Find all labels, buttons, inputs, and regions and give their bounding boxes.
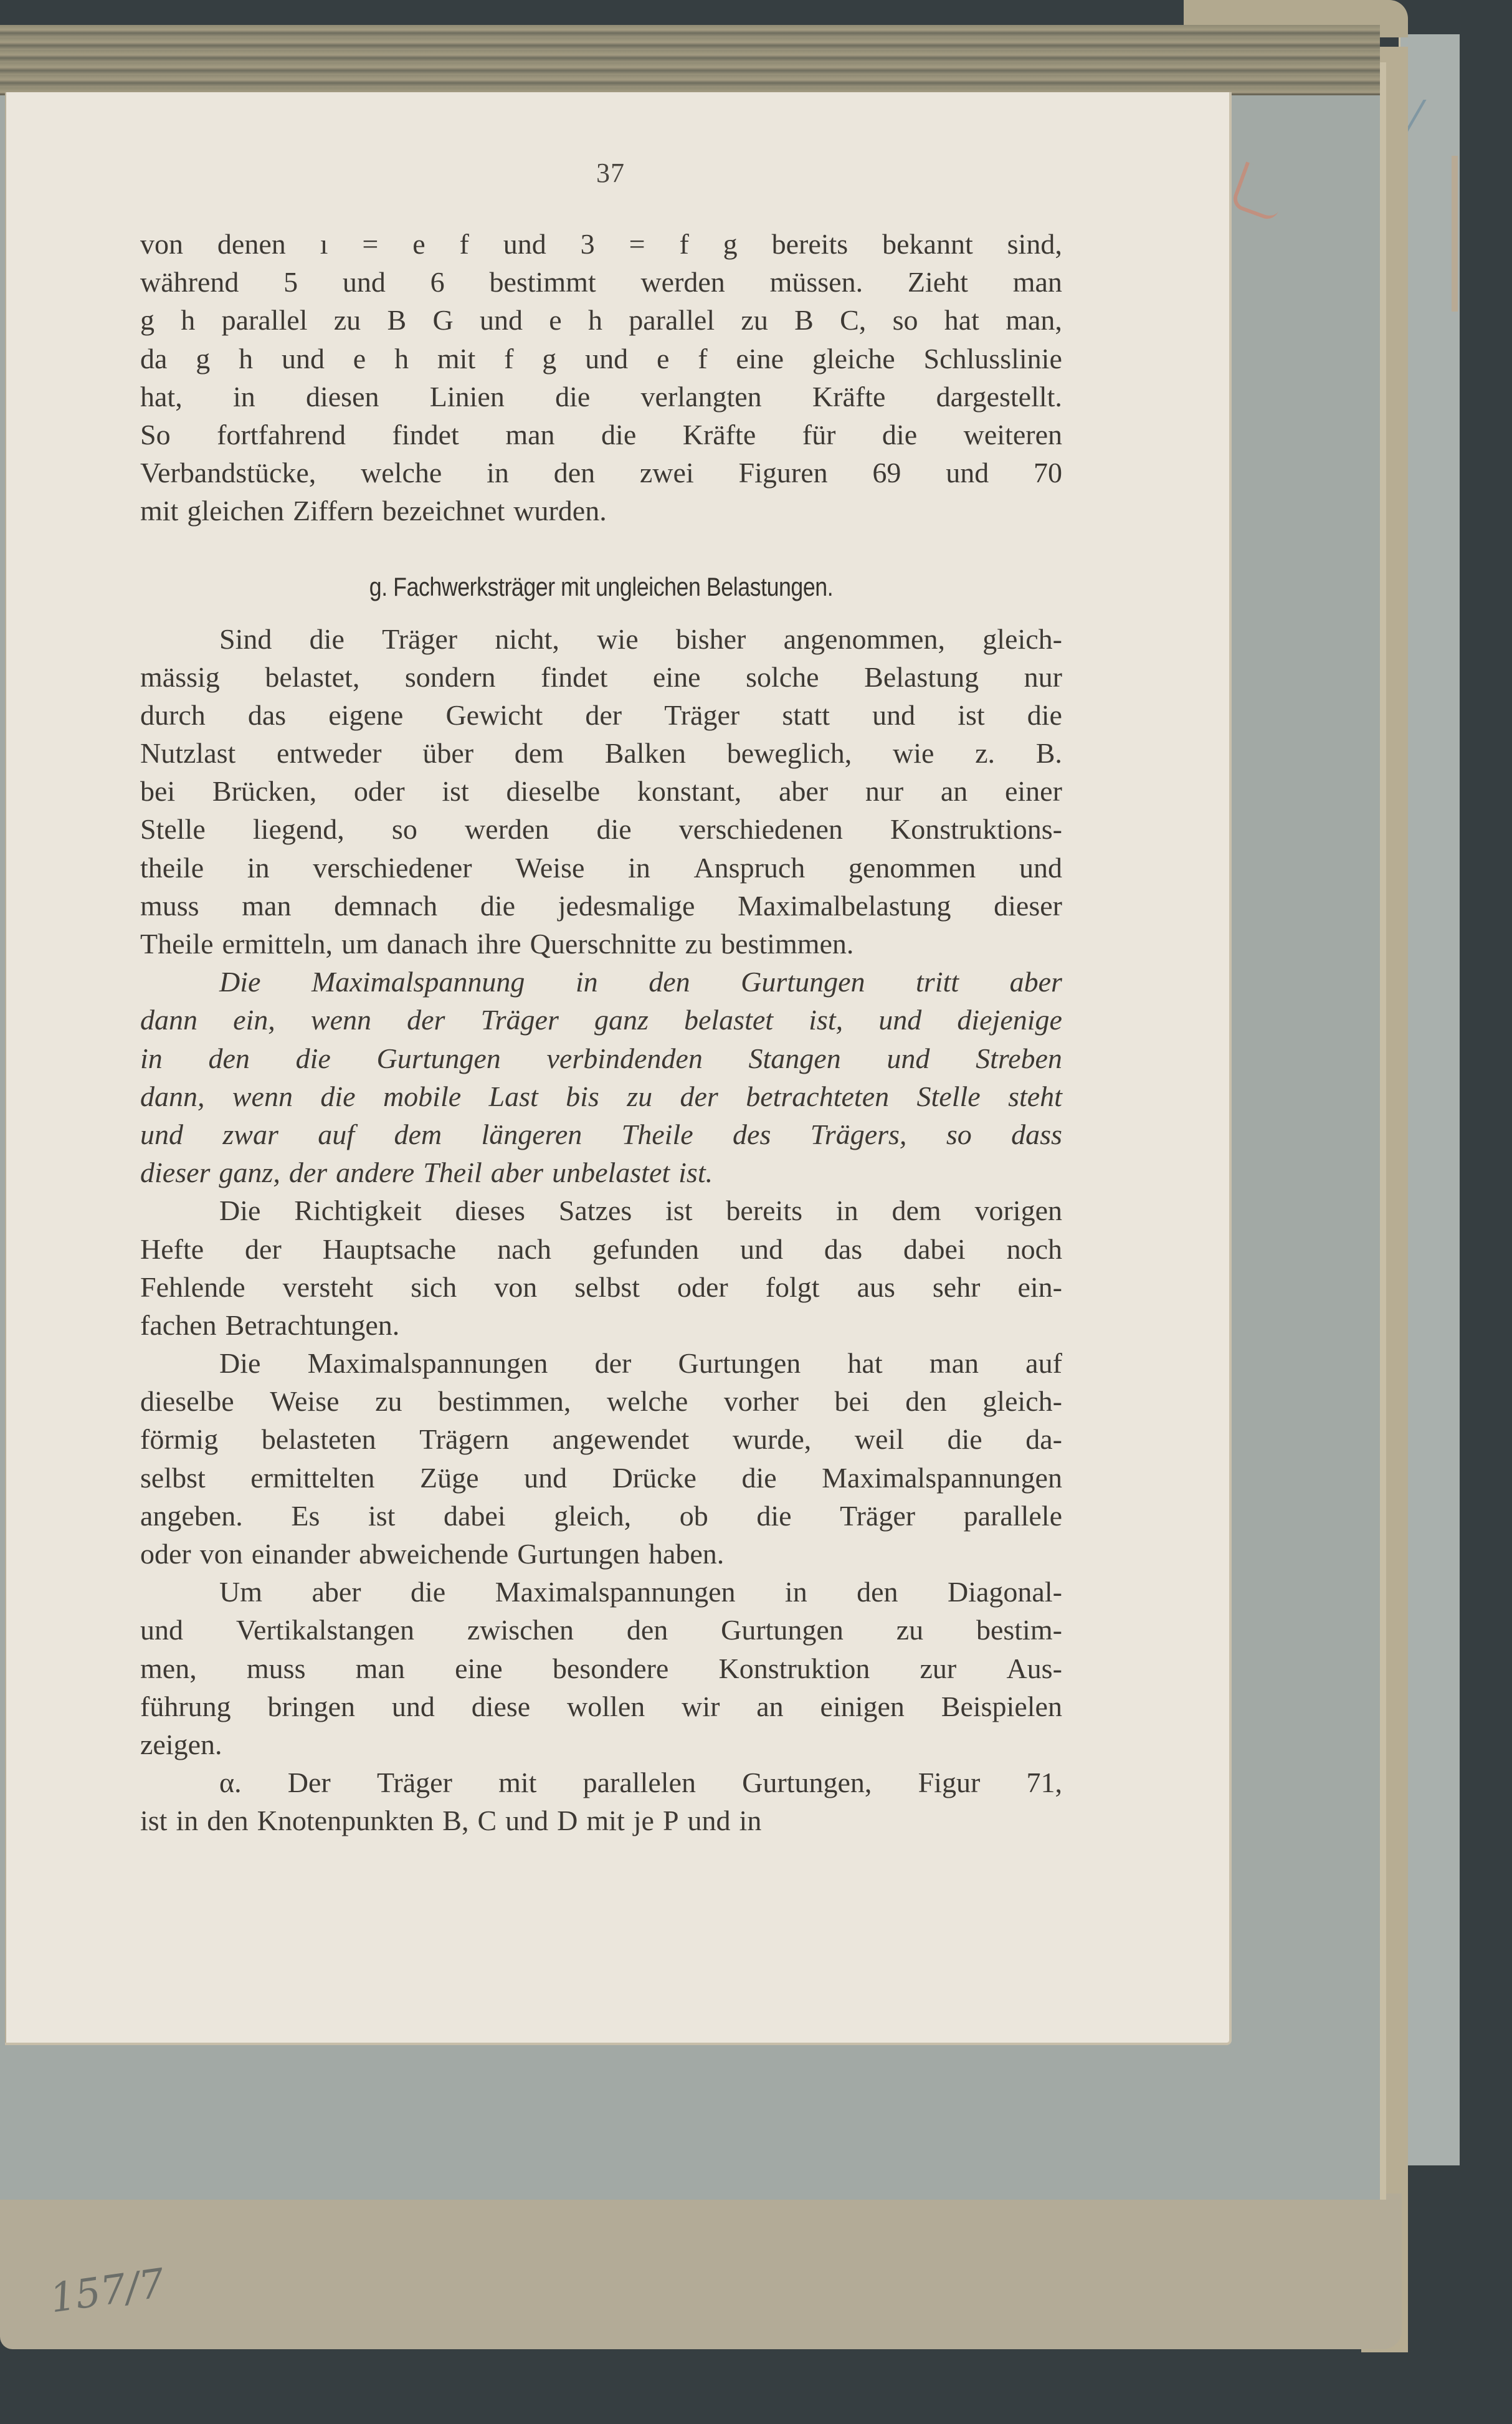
text-line: mussmandemnachdiejedesmaligeMaximalbelas… (140, 887, 1062, 925)
text-line: hat,indiesenLiniendieverlangtenKräftedar… (140, 378, 1062, 416)
text-line: theileinverschiedenerWeiseinAnspruchgeno… (140, 849, 1062, 887)
stacked-page-edges (0, 25, 1380, 95)
text-line: fachenBetrachtungen. (140, 1306, 1062, 1344)
text-line: α.DerTrägermitparallelenGurtungen,Figur7… (140, 1763, 1062, 1801)
text-column: 37 vondenenı=efund3=fgbereitsbekanntsind… (140, 157, 1062, 1840)
text-line: DieMaximalspannungindenGurtungentrittabe… (140, 963, 1062, 1001)
text-line: vondenenı=efund3=fgbereitsbekanntsind, (140, 225, 1062, 263)
text-line: undzwaraufdemlängerenTheiledesTrägers,so… (140, 1115, 1062, 1153)
text-line: beiBrücken,oderistdieselbekonstant,abern… (140, 772, 1062, 810)
paragraph: α.DerTrägermitparallelenGurtungen,Figur7… (140, 1763, 1062, 1839)
text-line: daghundehmitfgundefeinegleicheSchlusslin… (140, 340, 1062, 378)
text-line: undVertikalstangenzwischendenGurtungenzu… (140, 1611, 1062, 1649)
text-line: UmaberdieMaximalspannungenindenDiagonal- (140, 1573, 1062, 1611)
paragraph: DieRichtigkeitdiesesSatzesistbereitsinde… (140, 1191, 1062, 1344)
paragraph: UmaberdieMaximalspannungenindenDiagonal-… (140, 1573, 1062, 1763)
text-line: DieMaximalspannungenderGurtungenhatmanau… (140, 1344, 1062, 1382)
page-number: 37 (140, 157, 1062, 189)
text-line: indendieGurtungenverbindendenStangenundS… (140, 1039, 1062, 1077)
text-line: istindenKnotenpunktenB,CundDmitjePundin (140, 1801, 1062, 1839)
text-line: mässigbelastet,sondernfindeteinesolcheBe… (140, 658, 1062, 696)
text-line: NutzlastentwederüberdemBalkenbeweglich,w… (140, 734, 1062, 772)
text-line: führungbringenunddiesewollenwiraneinigen… (140, 1687, 1062, 1725)
text-line: durchdaseigeneGewichtderTrägerstattundis… (140, 696, 1062, 734)
text-line: Theileermitteln,umdanachihreQuerschnitte… (140, 925, 1062, 963)
text-line: förmigbelastetenTrägernangewendetwurde,w… (140, 1420, 1062, 1458)
section-heading: g. Fachwerksträger mit ungleichen Belast… (209, 571, 993, 603)
text-line: men,mussmaneinebesondereKonstruktionzurA… (140, 1649, 1062, 1687)
text-line: dieserganz,derandereTheilaberunbelasteti… (140, 1153, 1062, 1191)
text-line: HeftederHauptsachenachgefundenunddasdabe… (140, 1230, 1062, 1268)
text-line: dannein,wennderTrägerganzbelastetist,und… (140, 1001, 1062, 1039)
text-line: DieRichtigkeitdiesesSatzesistbereitsinde… (140, 1191, 1062, 1229)
text-line: SinddieTrägernicht,wiebisherangenommen,g… (140, 620, 1062, 658)
text-line: Fehlendeverstehtsichvonselbstoderfolgtau… (140, 1268, 1062, 1306)
bottom-board (0, 2193, 1402, 2349)
paragraph: DieMaximalspannungindenGurtungentrittabe… (140, 963, 1062, 1191)
text-line: SofortfahrendfindetmandieKräftefürdiewei… (140, 416, 1062, 454)
text-line: odervoneinanderabweichendeGurtungenhaben… (140, 1535, 1062, 1573)
binding-edge (5, 92, 6, 2043)
text-line: dann,wenndiemobileLastbiszuderbetrachtet… (140, 1077, 1062, 1115)
intro-paragraph: vondenenı=efund3=fgbereitsbekanntsind,wä… (140, 225, 1062, 530)
paragraph: vondenenı=efund3=fgbereitsbekanntsind,wä… (140, 225, 1062, 530)
paragraph: SinddieTrägernicht,wiebisherangenommen,g… (140, 620, 1062, 963)
text-line: zeigen. (140, 1725, 1062, 1763)
text-line: angeben.Esistdabeigleich,obdieTrägerpara… (140, 1497, 1062, 1535)
text-line: selbstermitteltenZügeundDrückedieMaximal… (140, 1459, 1062, 1497)
paragraph: DieMaximalspannungenderGurtungenhatmanau… (140, 1344, 1062, 1573)
section-body: SinddieTrägernicht,wiebisherangenommen,g… (140, 620, 1062, 1840)
text-line: während5und6bestimmtwerdenmüssen.Ziehtma… (140, 263, 1062, 301)
text-line: dieselbeWeisezubestimmen,welchevorherbei… (140, 1382, 1062, 1420)
text-line: mitgleichenZiffernbezeichnetwurden. (140, 492, 1062, 530)
text-line: ghparallelzuBGundehparallelzuBC,sohatman… (140, 301, 1062, 339)
text-line: Verbandstücke,welcheindenzweiFiguren69un… (140, 454, 1062, 492)
stain (1452, 156, 1458, 312)
text-line: Stelleliegend,sowerdendieverschiedenenKo… (140, 810, 1062, 848)
